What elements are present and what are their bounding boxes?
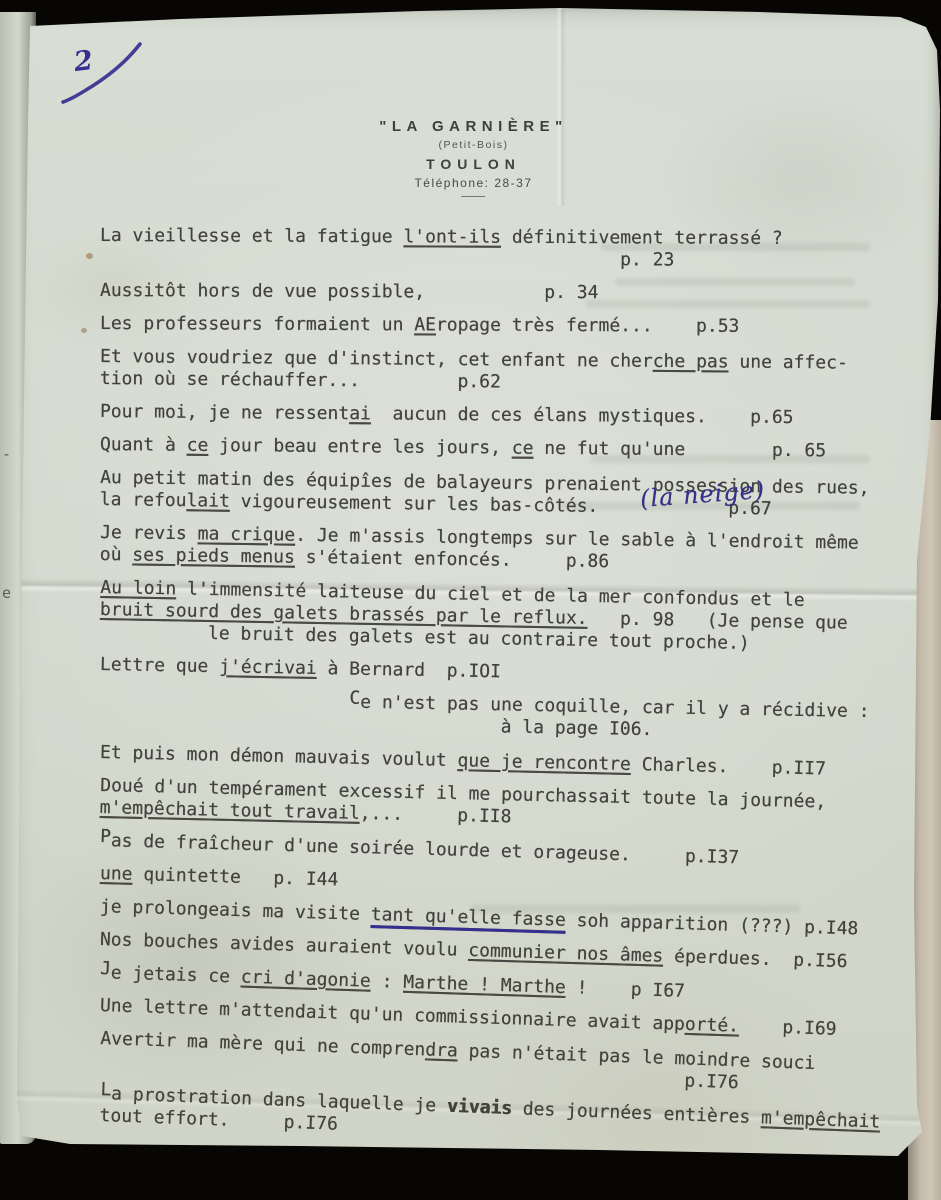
quotes: La vieillesse et la fatigue l'ont-ils dé…: [0, 197, 941, 1127]
quote-block: Et puis mon démon mauvais voulut que je …: [100, 742, 911, 782]
pen-stroke-flourish: [58, 40, 148, 112]
quote-block: Doué d'un tempérament excessif il me pou…: [100, 775, 912, 837]
quote-block: La vieillesse et la fatigue l'ont-ils dé…: [100, 225, 911, 273]
stray-character: e: [2, 584, 11, 602]
quote-block: Lettre que j'écrivai à Bernard p.IOI: [100, 654, 911, 691]
letterhead-estate: (Petit-Bois): [379, 139, 568, 151]
handwritten-sheet-number: 2: [58, 40, 148, 112]
quote-block: Aussitôt hors de vue possible, p. 34: [100, 280, 911, 306]
quote-block: Les professeurs formaient un AEropage tr…: [100, 313, 911, 339]
letterhead-name: "LA GARNIÈRE": [379, 118, 568, 135]
sheet-number-digit: 2: [72, 45, 94, 78]
photographed-typewritten-page: - e 2 "LA GARNIÈRE" (Petit-Bois) TOULON: [0, 0, 941, 1200]
letterhead-divider: [461, 196, 485, 197]
letterhead-phone: Téléphone: 28-37: [379, 176, 568, 190]
quote-block: Au loin l'immensité laiteuse du ciel et …: [99, 577, 911, 658]
letterhead: "LA GARNIÈRE" (Petit-Bois) TOULON Téléph…: [379, 118, 568, 197]
quote-block: Ce n'est pas une coquille, car il y a ré…: [100, 687, 912, 746]
letterhead-city: TOULON: [379, 156, 568, 172]
quote-block: Quant à ce jour beau entre les jours, ce…: [100, 434, 911, 463]
paper-sheet: 2 "LA GARNIÈRE" (Petit-Bois) TOULON Télé…: [0, 0, 941, 1200]
quote-block: Au petit matin des équipîes de balayeurs…: [100, 467, 912, 522]
stray-character: -: [2, 445, 11, 463]
quote-block: Pour moi, je ne ressentai aucun de ces é…: [100, 401, 911, 430]
quote-block: Je revis ma crique. Je m'assis longtemps…: [100, 522, 912, 577]
page-content: "LA GARNIÈRE" (Petit-Bois) TOULON Téléph…: [0, 0, 941, 1200]
quote-block: Et vous voudriez que d'instinct, cet enf…: [100, 346, 911, 397]
